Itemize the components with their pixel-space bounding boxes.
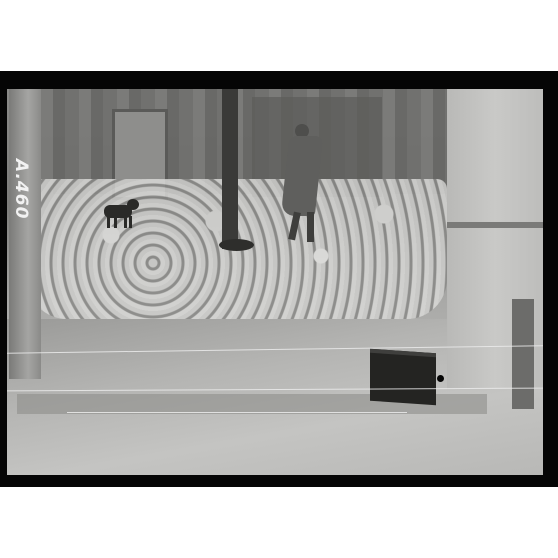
plate-blemish (437, 375, 444, 382)
soldier-leg (288, 212, 301, 241)
plate-number-label: A.460 (11, 159, 31, 219)
photograph (7, 89, 543, 475)
pillar-band (447, 222, 543, 228)
photo-plate-border: A.460 (0, 71, 558, 487)
dog-leg (114, 216, 117, 228)
post-base (219, 239, 254, 251)
left-pillar (9, 89, 41, 379)
dog-leg (124, 216, 127, 228)
soldier-leg (307, 212, 314, 242)
dog-leg (129, 216, 132, 228)
plate-scratch (67, 412, 407, 413)
dog-figure (102, 199, 142, 229)
dark-box (370, 349, 436, 406)
soldier-figure (277, 124, 327, 244)
soldier-coat (281, 136, 323, 216)
dog-leg (107, 216, 110, 228)
pillar-post (512, 299, 534, 409)
dog-head (127, 199, 139, 210)
wooden-post (222, 89, 238, 249)
